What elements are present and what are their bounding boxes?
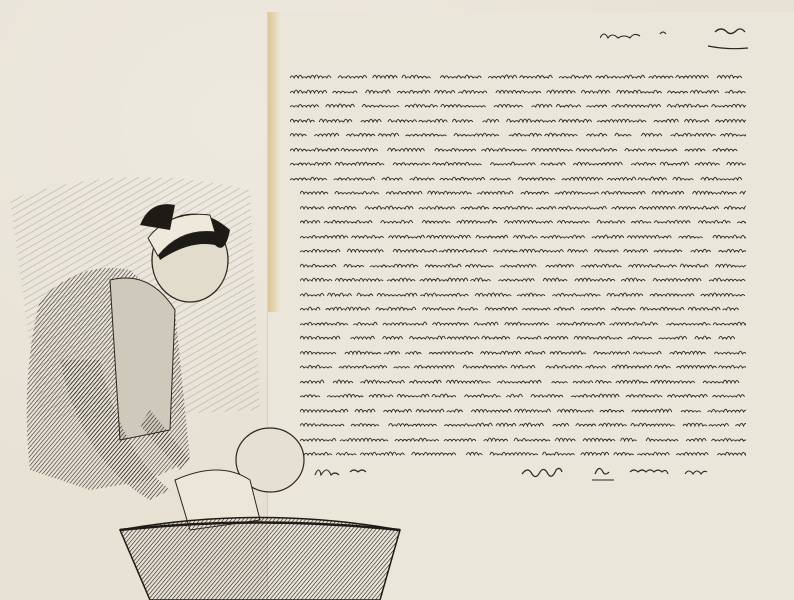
handwriting-line bbox=[290, 130, 746, 140]
handwriting-line bbox=[290, 87, 746, 97]
wash-basin bbox=[120, 518, 400, 600]
manuscript-date-line bbox=[520, 460, 760, 484]
woman-bathing-baby-illustration bbox=[0, 160, 410, 600]
artist-signature bbox=[315, 470, 366, 475]
manuscript-header bbox=[600, 20, 750, 50]
handwriting-line bbox=[290, 72, 746, 82]
handwriting-line bbox=[290, 116, 746, 126]
handwriting-line bbox=[290, 101, 746, 111]
handwriting-line bbox=[290, 145, 746, 155]
